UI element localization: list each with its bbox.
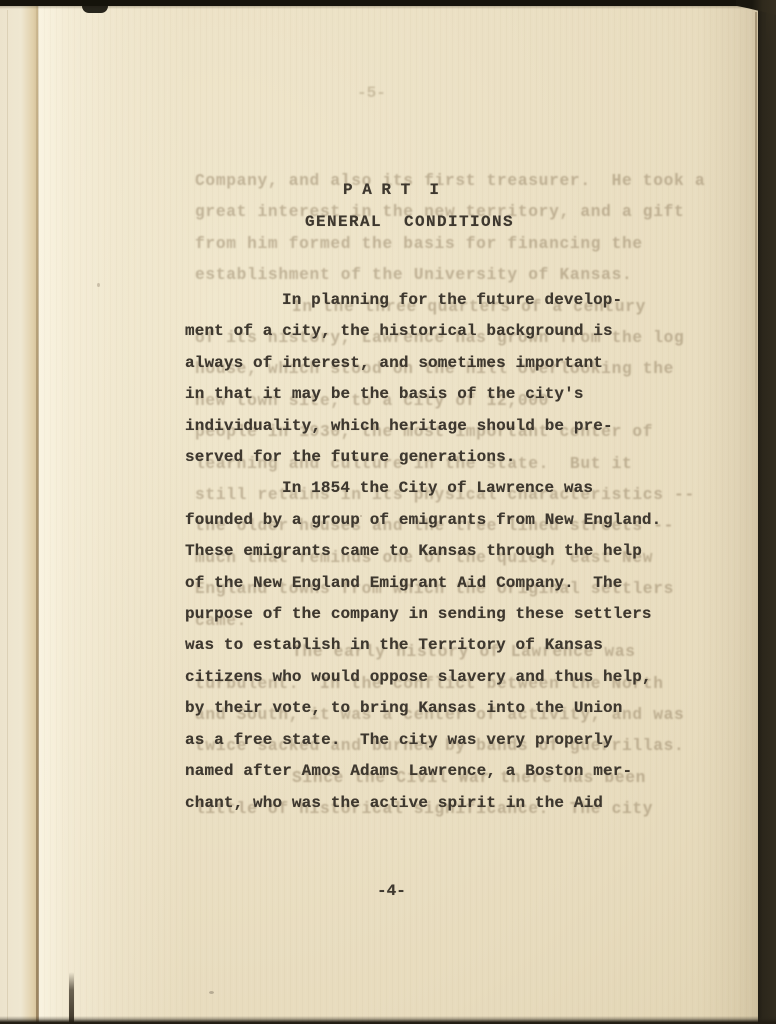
body-line: individuality, which heritage should be …	[185, 411, 685, 442]
ghost-page-number: -5-	[357, 84, 386, 102]
body-line: These emigrants came to Kansas through t…	[185, 536, 685, 567]
body-line: chant, who was the active spirit in the …	[185, 788, 685, 819]
body-text: In planning for the future develop- ment…	[185, 285, 685, 819]
page-right-edge-line	[755, 12, 757, 442]
body-line: In 1854 the City of Lawrence was	[185, 473, 685, 504]
paper-speck	[97, 283, 100, 287]
body-line: by their vote, to bring Kansas into the …	[185, 693, 685, 724]
body-line: purpose of the company in sending these …	[185, 599, 685, 630]
body-line: always of interest, and sometimes import…	[185, 348, 685, 379]
body-line: of the New England Emigrant Aid Company.…	[185, 568, 685, 599]
body-line: named after Amos Adams Lawrence, a Bosto…	[185, 756, 685, 787]
scanned-book-page: -5- Company, and also its first treasure…	[0, 0, 776, 1024]
paper-speck	[209, 991, 214, 994]
body-line: was to establish in the Territory of Kan…	[185, 630, 685, 661]
body-line: as a free state. The city was very prope…	[185, 725, 685, 756]
paragraph-1: In planning for the future develop- ment…	[185, 285, 685, 473]
body-line: served for the future generations.	[185, 442, 685, 473]
page-number: -4-	[377, 882, 406, 900]
section-heading: GENERAL CONDITIONS	[305, 213, 514, 231]
scan-edge-bottom	[0, 1016, 776, 1024]
paragraph-2: In 1854 the City of Lawrence was founded…	[185, 473, 685, 818]
previous-page-edge	[0, 3, 38, 1024]
previous-page-edge-line	[7, 10, 8, 1020]
gutter-fold-line	[36, 0, 39, 1024]
scan-edge-notch	[82, 0, 108, 13]
part-heading: P A R T I	[343, 181, 439, 199]
ghost-line: from him formed the basis for financing …	[195, 229, 755, 260]
body-line: in that it may be the basis of the city'…	[185, 379, 685, 410]
ghost-line: Company, and also its first treasurer. H…	[195, 166, 755, 197]
scan-edge-top-shadow	[0, 6, 776, 9]
body-line: In planning for the future develop-	[185, 285, 685, 316]
body-line: citizens who would oppose slavery and th…	[185, 662, 685, 693]
body-line: founded by a group of emigrants from New…	[185, 505, 685, 536]
body-line: ment of a city, the historical backgroun…	[185, 316, 685, 347]
